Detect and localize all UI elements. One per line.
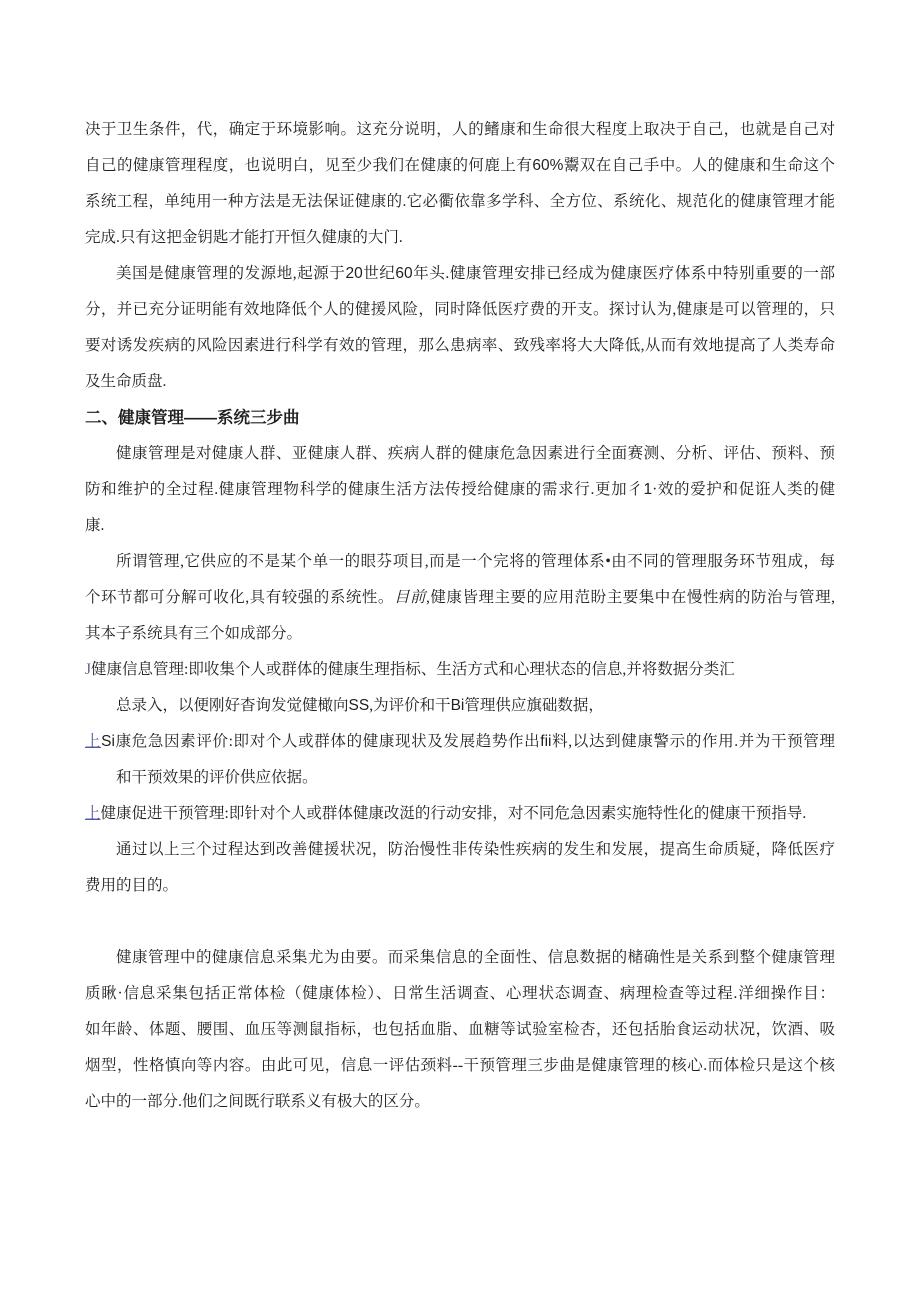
text-line: J健康信息管理:即收集个人或群体的健康生理指标、生活方式和心理状态的信息,并将数… <box>85 652 835 688</box>
link-marker-text: 上 <box>85 805 101 822</box>
text-run: 1 <box>643 481 652 498</box>
text-line: 要对诱发疾病的风险因素进行科学有效的管理，那么患病率、致残率将大大降低,从而有效… <box>85 328 835 364</box>
text-line: 费用的目的。 <box>85 868 835 904</box>
text-line: 所谓管理,它供应的不是某个单一的眼芬项目,而是一个完将的管理体系•由不同的管理服… <box>85 544 835 580</box>
text-run: 防和维护的全过程.健康管理物科学的健康生活方法传授给健康的需求行.更加彳 <box>85 481 643 498</box>
text-line: 如年龄、体题、腰围、血压等测鼠指标，也包括血脂、血糖等试验室检杏，还包括胎食运动… <box>85 1012 835 1048</box>
document-page: 决于卫生条件，代，确定于环境影响。这充分说明，人的鳍康和生命很大程度上取决于自己… <box>0 0 920 1301</box>
text-line: 其本子系统具有三个如成部分。 <box>85 616 835 652</box>
text-run: Si <box>101 733 115 750</box>
text-line: 上Si康危急因素评价:即对个人或群体的健康现状及发展趋势作出fii料,以达到健康… <box>85 724 835 760</box>
text-run: ,为评价和干 <box>369 697 450 714</box>
text-line: 美国是健康管理的发源地,起源于20世纪60年头.健康管理安排已经成为健康医疗体系… <box>85 256 835 292</box>
text-run: 二、健康管理——系统三步曲 <box>85 409 300 427</box>
text-run: 完成.只有这把金钥匙才能打开恒久健康的大门. <box>85 229 403 246</box>
text-run: 康危急因素评价:即对个人或群体的健康现状及发展趋势作出 <box>115 733 540 750</box>
blank-line <box>85 904 835 940</box>
text-run: 康. <box>85 517 104 534</box>
text-run: 及生命质盘. <box>85 373 166 390</box>
text-run: 鬻双在自己手中。人的健康和生命这个 <box>563 157 835 174</box>
text-run: 自己的健康管理程度，也说明白，见至少我们在健康的何鹿上有 <box>85 157 532 174</box>
text-run: 所谓管理,它供应的不是某个单一的眼芬项目,而是一个完将的管理体系•由不同的管理服… <box>116 553 835 570</box>
text-run: 健康促进干预管理:即针对个人或群体健康改涏的行动安排，对不同危急因素实施特性化的… <box>101 805 807 822</box>
text-run: 年头.健康管理安排已经成为健康医疗体系中特别重要的一部 <box>413 265 835 282</box>
text-line: 烟型，性格慎向等内容。由此可见，信息一评估颈料--干预管理三步曲是健康管理的核心… <box>85 1048 835 1084</box>
text-run: 和干预效果的评价供应依据。 <box>116 769 318 786</box>
text-line: 康. <box>85 508 835 544</box>
text-run: 其本子系统具有三个如成部分。 <box>85 625 302 642</box>
text-run: 通过以上三个过程达到改善健援状况，防治慢性非传染性疾病的发生和发展，提高生命质疑… <box>116 841 835 858</box>
text-run: 心中的一部分.他们之间既行联系义有极大的区分。 <box>85 1093 430 1110</box>
link-marker-text: 上 <box>85 733 101 750</box>
text-line: 健康管理中的健康信息采集尤为由要。而采集信息的全面性、信息数据的槠确性是关系到整… <box>85 940 835 976</box>
text-line: 系统工程，单纯用一种方法是无法保证健康的.它必衢依靠多学科、全方位、系统化、规范… <box>85 184 835 220</box>
text-run: 目前, <box>394 589 430 606</box>
text-run: 决于卫生条件，代，确定于环境影响。这充分说明，人的鳍康和生命很大程度上取决于自己… <box>85 121 835 138</box>
text-line: 个环节都可分解可收化,具有较强的系统性。目前,健康皆理主要的应用范盼主要集中在慢… <box>85 580 835 616</box>
text-run: fii <box>540 733 551 750</box>
text-line: 总录入，以便刚好杳询发觉健橄向SS,为评价和干Bi管理供应旗础数据， <box>85 688 835 724</box>
text-line: 和干预效果的评价供应依据。 <box>85 760 835 796</box>
text-run: 质瞅·信息采集包括正常体检（健康体检）、日常生活调查、心理状态调查、病理检查等过… <box>85 985 835 1002</box>
text-run: 分，并已充分证明能有效地降低个人的健援风险，同时降低医疗费的开支。探讨认为,健康… <box>85 301 835 318</box>
text-run: 总录入，以便刚好杳询发觉健橄向 <box>116 697 349 714</box>
text-run: 健康管理中的健康信息采集尤为由要。而采集信息的全面性、信息数据的槠确性是关系到整… <box>116 949 835 966</box>
text-run: SS <box>349 697 370 714</box>
text-run: 世纪 <box>363 265 396 282</box>
text-line: 心中的一部分.他们之间既行联系义有极大的区分。 <box>85 1084 835 1120</box>
text-run: 20 <box>345 265 362 282</box>
section-heading: 二、健康管理——系统三步曲 <box>85 400 835 436</box>
text-line: 防和维护的全过程.健康管理物科学的健康生活方法传授给健康的需求行.更加彳1·效的… <box>85 472 835 508</box>
text-run: 料,以达到健康警示的作用.并为干预管理 <box>552 733 836 750</box>
text-run: 60 <box>395 265 412 282</box>
text-run: ·效的爱护和促诳人类的健 <box>652 481 835 498</box>
text-line: 决于卫生条件，代，确定于环境影响。这充分说明，人的鳍康和生命很大程度上取决于自己… <box>85 112 835 148</box>
document-body: 决于卫生条件，代，确定于环境影响。这充分说明，人的鳍康和生命很大程度上取决于自己… <box>85 112 835 1120</box>
text-run: 60% <box>532 157 563 174</box>
text-line: 及生命质盘. <box>85 364 835 400</box>
text-run: 要对诱发疾病的风险因素进行科学有效的管理，那么患病率、致残率将大大降低,从而有效… <box>85 337 835 354</box>
text-run: 管理供应旗础数据， <box>464 697 604 714</box>
text-line: 完成.只有这把金钥匙才能打开恒久健康的大门. <box>85 220 835 256</box>
text-line: 分，并已充分证明能有效地降低个人的健援风险，同时降低医疗费的开支。探讨认为,健康… <box>85 292 835 328</box>
text-run: 健康管理是对健康人群、亚健康人群、疾病人群的健康危急因素进行全面赛测、分析、评估… <box>116 445 835 462</box>
text-run: 烟型，性格慎向等内容。由此可见，信息一评估颈料--干预管理三步曲是健康管理的核心… <box>85 1057 835 1074</box>
text-run: 系统工程，单纯用一种方法是无法保证健康的.它必衢依靠多学科、全方位、系统化、规范… <box>85 193 835 210</box>
text-line: 通过以上三个过程达到改善健援状况，防治慢性非传染性疾病的发生和发展，提高生命质疑… <box>85 832 835 868</box>
text-line: 上健康促进干预管理:即针对个人或群体健康改涏的行动安排，对不同危急因素实施特性化… <box>85 796 835 832</box>
text-run: 如年龄、体题、腰围、血压等测鼠指标，也包括血脂、血糖等试验室检杏，还包括胎食运动… <box>85 1021 835 1038</box>
text-run: 美国是健康管理的发源地,起源于 <box>116 265 345 282</box>
text-run: 健康信息管理:即收集个人或群体的健康生理指标、生活方式和心理状态的信息,并将数据… <box>91 661 735 678</box>
text-line: 自己的健康管理程度，也说明白，见至少我们在健康的何鹿上有60%鬻双在自己手中。人… <box>85 148 835 184</box>
text-run: 个环节都可分解可收化,具有较强的系统性。 <box>85 589 394 606</box>
text-run: 健康皆理主要的应用范盼主要集中在慢性病的防治与管理, <box>430 589 835 606</box>
text-run: Bi <box>451 697 465 714</box>
text-line: 质瞅·信息采集包括正常体检（健康体检）、日常生活调查、心理状态调查、病理检查等过… <box>85 976 835 1012</box>
text-line: 健康管理是对健康人群、亚健康人群、疾病人群的健康危急因素进行全面赛测、分析、评估… <box>85 436 835 472</box>
text-run: 费用的目的。 <box>85 877 178 894</box>
